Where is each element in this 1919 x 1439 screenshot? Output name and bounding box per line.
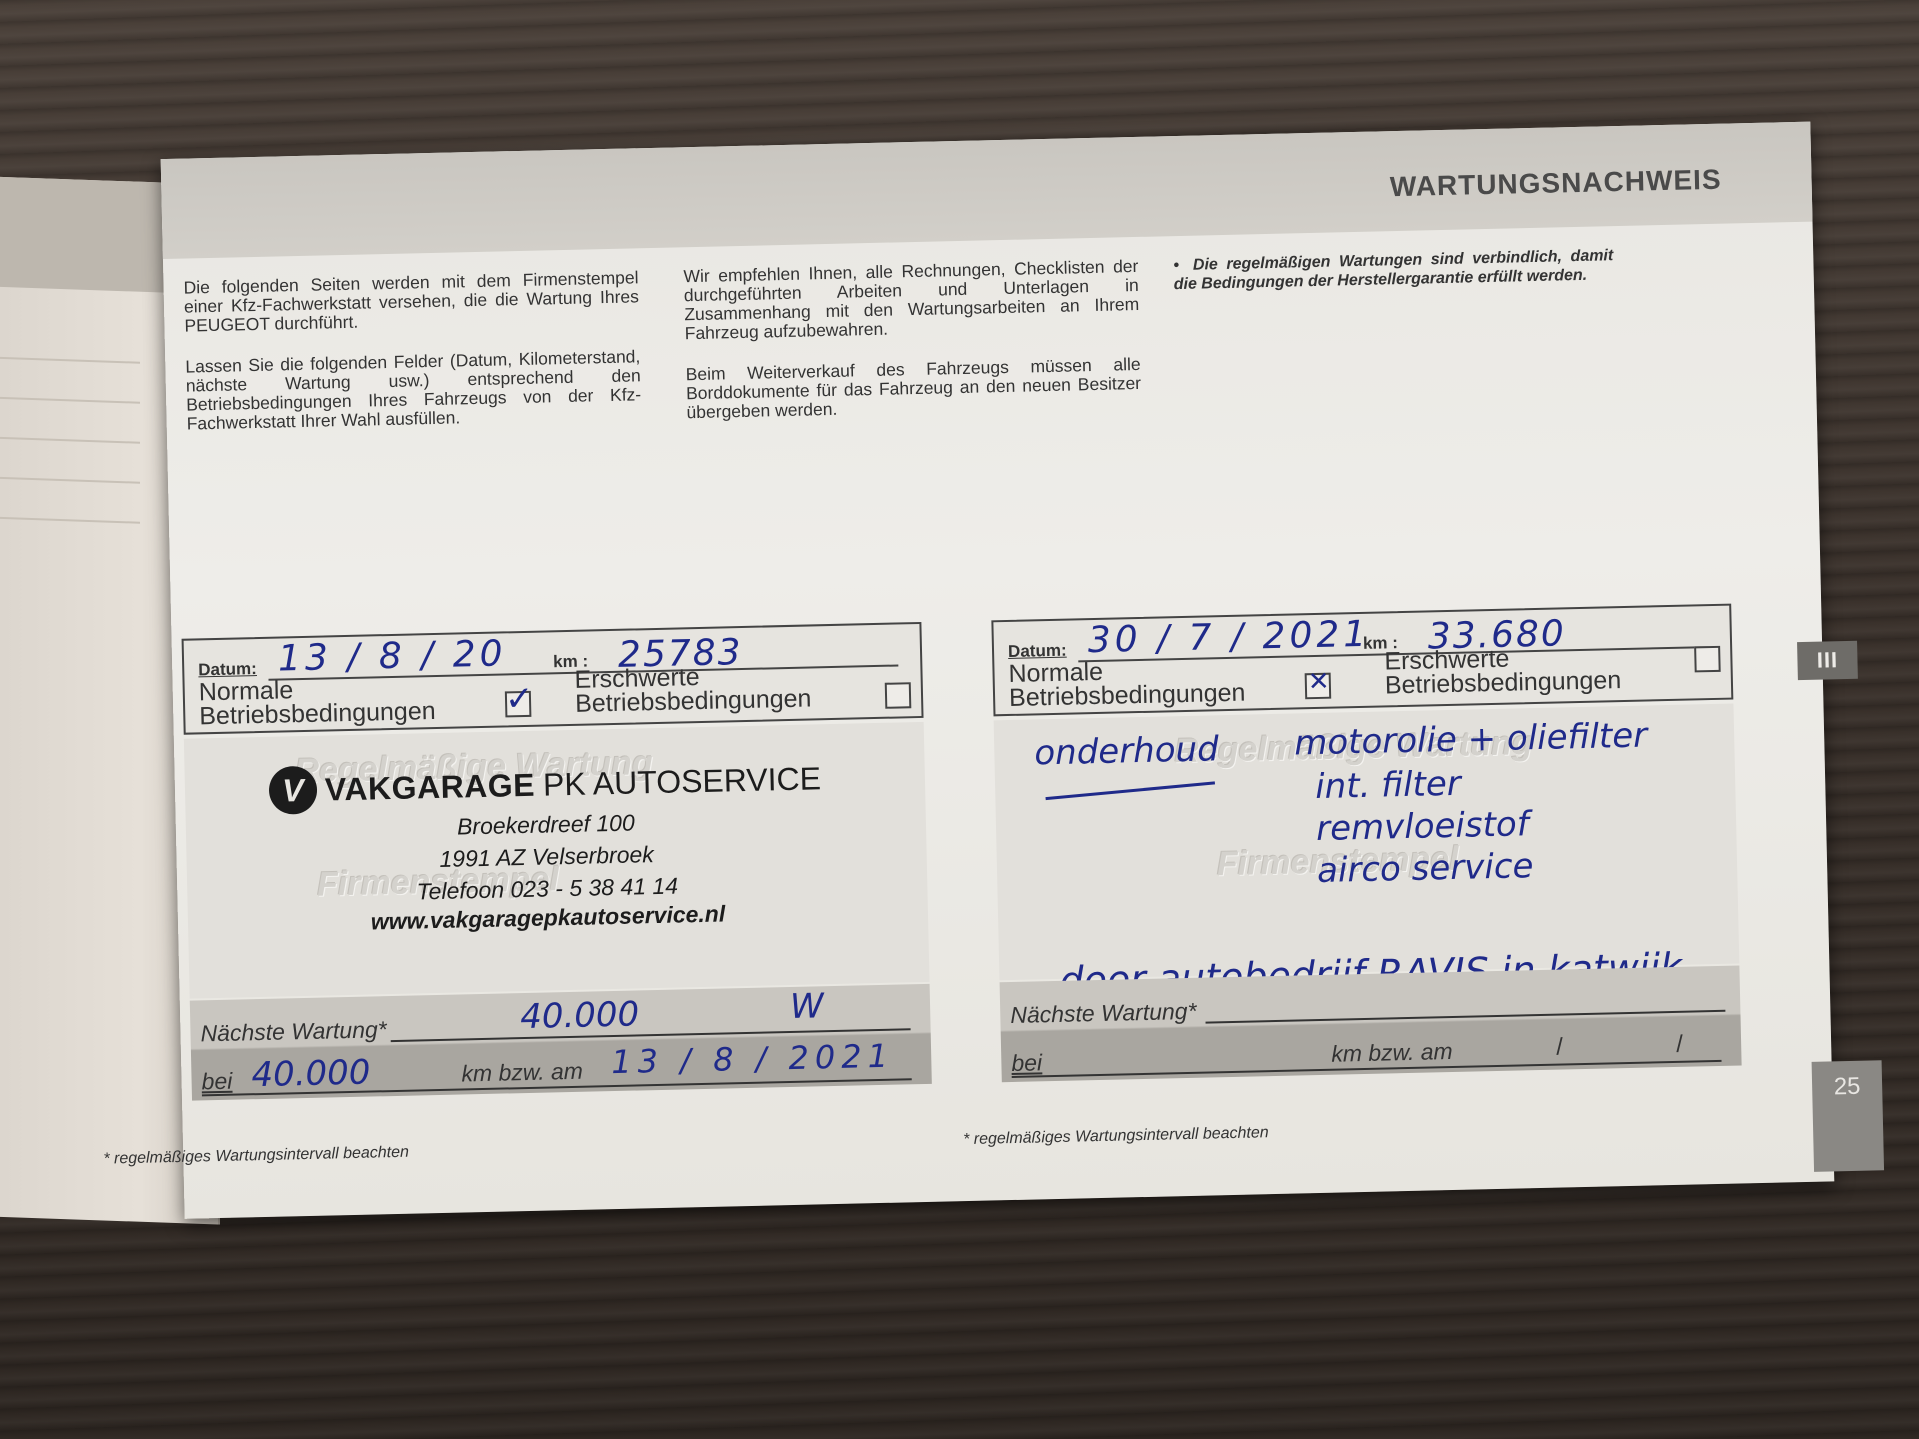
work-item: remvloeistof <box>1316 804 1529 849</box>
next-year: 2021 <box>788 1037 894 1077</box>
stamp-area: Regelmäßige Wartung Firmenstempel V VAKG… <box>184 722 930 999</box>
footnote-right: * regelmäßiges Wartungsintervall beachte… <box>963 1124 1269 1149</box>
notes-area: Regelmäßige Wartung Firmenstempel onderh… <box>994 704 1740 981</box>
work-item: int. filter <box>1315 764 1461 807</box>
next-service-date[interactable]: 13 / 8 / 2021 <box>611 1037 895 1081</box>
next-service-km-date-row: bei 40.000 km bzw. am 13 / 8 / 2021 <box>201 1040 922 1096</box>
conditions-box: Datum: 13 / 8 / 20 km : 25783 Normale Be… <box>182 622 924 735</box>
work-item: motorolie + oliefilter <box>1294 716 1648 764</box>
next-service-value[interactable]: 40.000 <box>520 994 640 1037</box>
conditions-box: Datum: 30 / 7 / 2021 km : 33.680 Normale… <box>991 604 1733 717</box>
service-entry-2: Datum: 30 / 7 / 2021 km : 33.680 Normale… <box>981 593 1762 1090</box>
previous-page-line <box>0 477 140 484</box>
next-service-line <box>1206 1010 1726 1024</box>
intro-column-3: •Die regelmäßigen Wartungen sind verbind… <box>1173 246 1614 316</box>
next-service-label: Nächste Wartung* <box>200 1016 387 1047</box>
work-item: airco service <box>1317 846 1534 891</box>
page-number: 25 <box>1812 1060 1884 1172</box>
intro-paragraph: Die folgenden Seiten werden mit dem Firm… <box>183 268 639 335</box>
stamp-company-name: PK AUTOSERVICE <box>543 760 822 803</box>
next-service-label: Nächste Wartung* <box>1010 998 1197 1029</box>
normal-conditions-checkbox[interactable]: ✕ <box>1305 673 1332 700</box>
checkmark-icon: ✓ <box>505 679 534 720</box>
normal-conditions-label: Normale Betriebsbedingungen <box>199 675 436 728</box>
section-tab: III <box>1797 641 1858 680</box>
photo-scene: WARTUNGSNACHWEIS Die folgenden Seiten we… <box>0 0 1919 1439</box>
bullet-icon: • <box>1173 257 1179 274</box>
bei-label: bei <box>1011 1049 1042 1077</box>
garage-stamp: V VAKGARAGE PK AUTOSERVICE Broekerdreef … <box>264 754 828 938</box>
next-day: 13 <box>611 1042 665 1081</box>
hard-conditions-label: Erschwerte Betriebsbedingungen <box>1384 644 1621 697</box>
next-service-row: Nächste Wartung* <box>1010 974 1731 1030</box>
warranty-note: Die regelmäßigen Wartungen sind verbindl… <box>1174 247 1614 293</box>
service-booklet-page: WARTUNGSNACHWEIS Die folgenden Seiten we… <box>120 89 1919 1219</box>
service-entry-1: Datum: 13 / 8 / 20 km : 25783 Normale Be… <box>171 612 942 1109</box>
stamp-brand: VAKGARAGE <box>325 766 536 808</box>
hard-conditions-checkbox[interactable] <box>885 682 912 709</box>
next-service-band: Nächste Wartung* 40.000 W bei 40.000 km … <box>190 984 932 1101</box>
service-date[interactable]: 13 / 8 / 20 <box>278 633 507 679</box>
footnote-left: * regelmäßiges Wartungsintervall beachte… <box>103 1144 409 1169</box>
intro-paragraph: Beim Weiterverkauf des Fahrzeugs müssen … <box>685 355 1141 422</box>
previous-page-line <box>0 397 140 404</box>
hard-label-line2: Betriebsbedingungen <box>1385 668 1622 697</box>
normal-conditions-checkbox[interactable]: ✓ <box>505 691 532 718</box>
next-service-km[interactable]: 40.000 <box>251 1053 371 1096</box>
hard-label-line2: Betriebsbedingungen <box>575 686 812 715</box>
vakgarage-logo-icon: V <box>268 766 317 815</box>
initials: W <box>790 986 825 1027</box>
previous-page-line <box>0 357 140 364</box>
intro-paragraph: Lassen Sie die folgenden Felder (Datum, … <box>185 347 642 433</box>
normal-label-line2: Betriebsbedingungen <box>199 699 436 728</box>
page-sheet: WARTUNGSNACHWEIS Die folgenden Seiten we… <box>161 122 1835 1219</box>
km-or-date-label: km bzw. am <box>1331 1038 1453 1068</box>
date-separator: / <box>1676 1031 1683 1059</box>
notes-title-underline <box>1045 781 1215 800</box>
normal-conditions-label: Normale Betriebsbedingungen <box>1008 657 1245 710</box>
intro-paragraph: Wir empfehlen Ihnen, alle Rechnungen, Ch… <box>683 257 1140 343</box>
hard-conditions-label: Erschwerte Betriebsbedingungen <box>574 662 811 715</box>
date-separator: / <box>1556 1034 1563 1062</box>
cross-mark-icon: ✕ <box>1307 667 1329 697</box>
intro-column-2: Wir empfehlen Ihnen, alle Rechnungen, Ch… <box>683 257 1142 444</box>
previous-page-line <box>0 437 140 444</box>
page-title: WARTUNGSNACHWEIS <box>1389 164 1721 204</box>
notes-title: onderhoud <box>1034 729 1219 773</box>
bei-label: bei <box>201 1068 232 1096</box>
km-or-date-label: km bzw. am <box>461 1058 583 1088</box>
normal-label-line2: Betriebsbedingungen <box>1009 681 1246 710</box>
next-service-km-date-row: bei km bzw. am / / <box>1011 1022 1732 1078</box>
intro-column-1: Die folgenden Seiten werden mit dem Firm… <box>183 268 642 455</box>
header-band: WARTUNGSNACHWEIS <box>161 122 1813 259</box>
next-service-band: Nächste Wartung* bei km bzw. am / / <box>1000 965 1742 1082</box>
hard-conditions-checkbox[interactable] <box>1694 646 1721 673</box>
previous-page-line <box>0 517 140 524</box>
next-month: 8 <box>713 1040 740 1079</box>
